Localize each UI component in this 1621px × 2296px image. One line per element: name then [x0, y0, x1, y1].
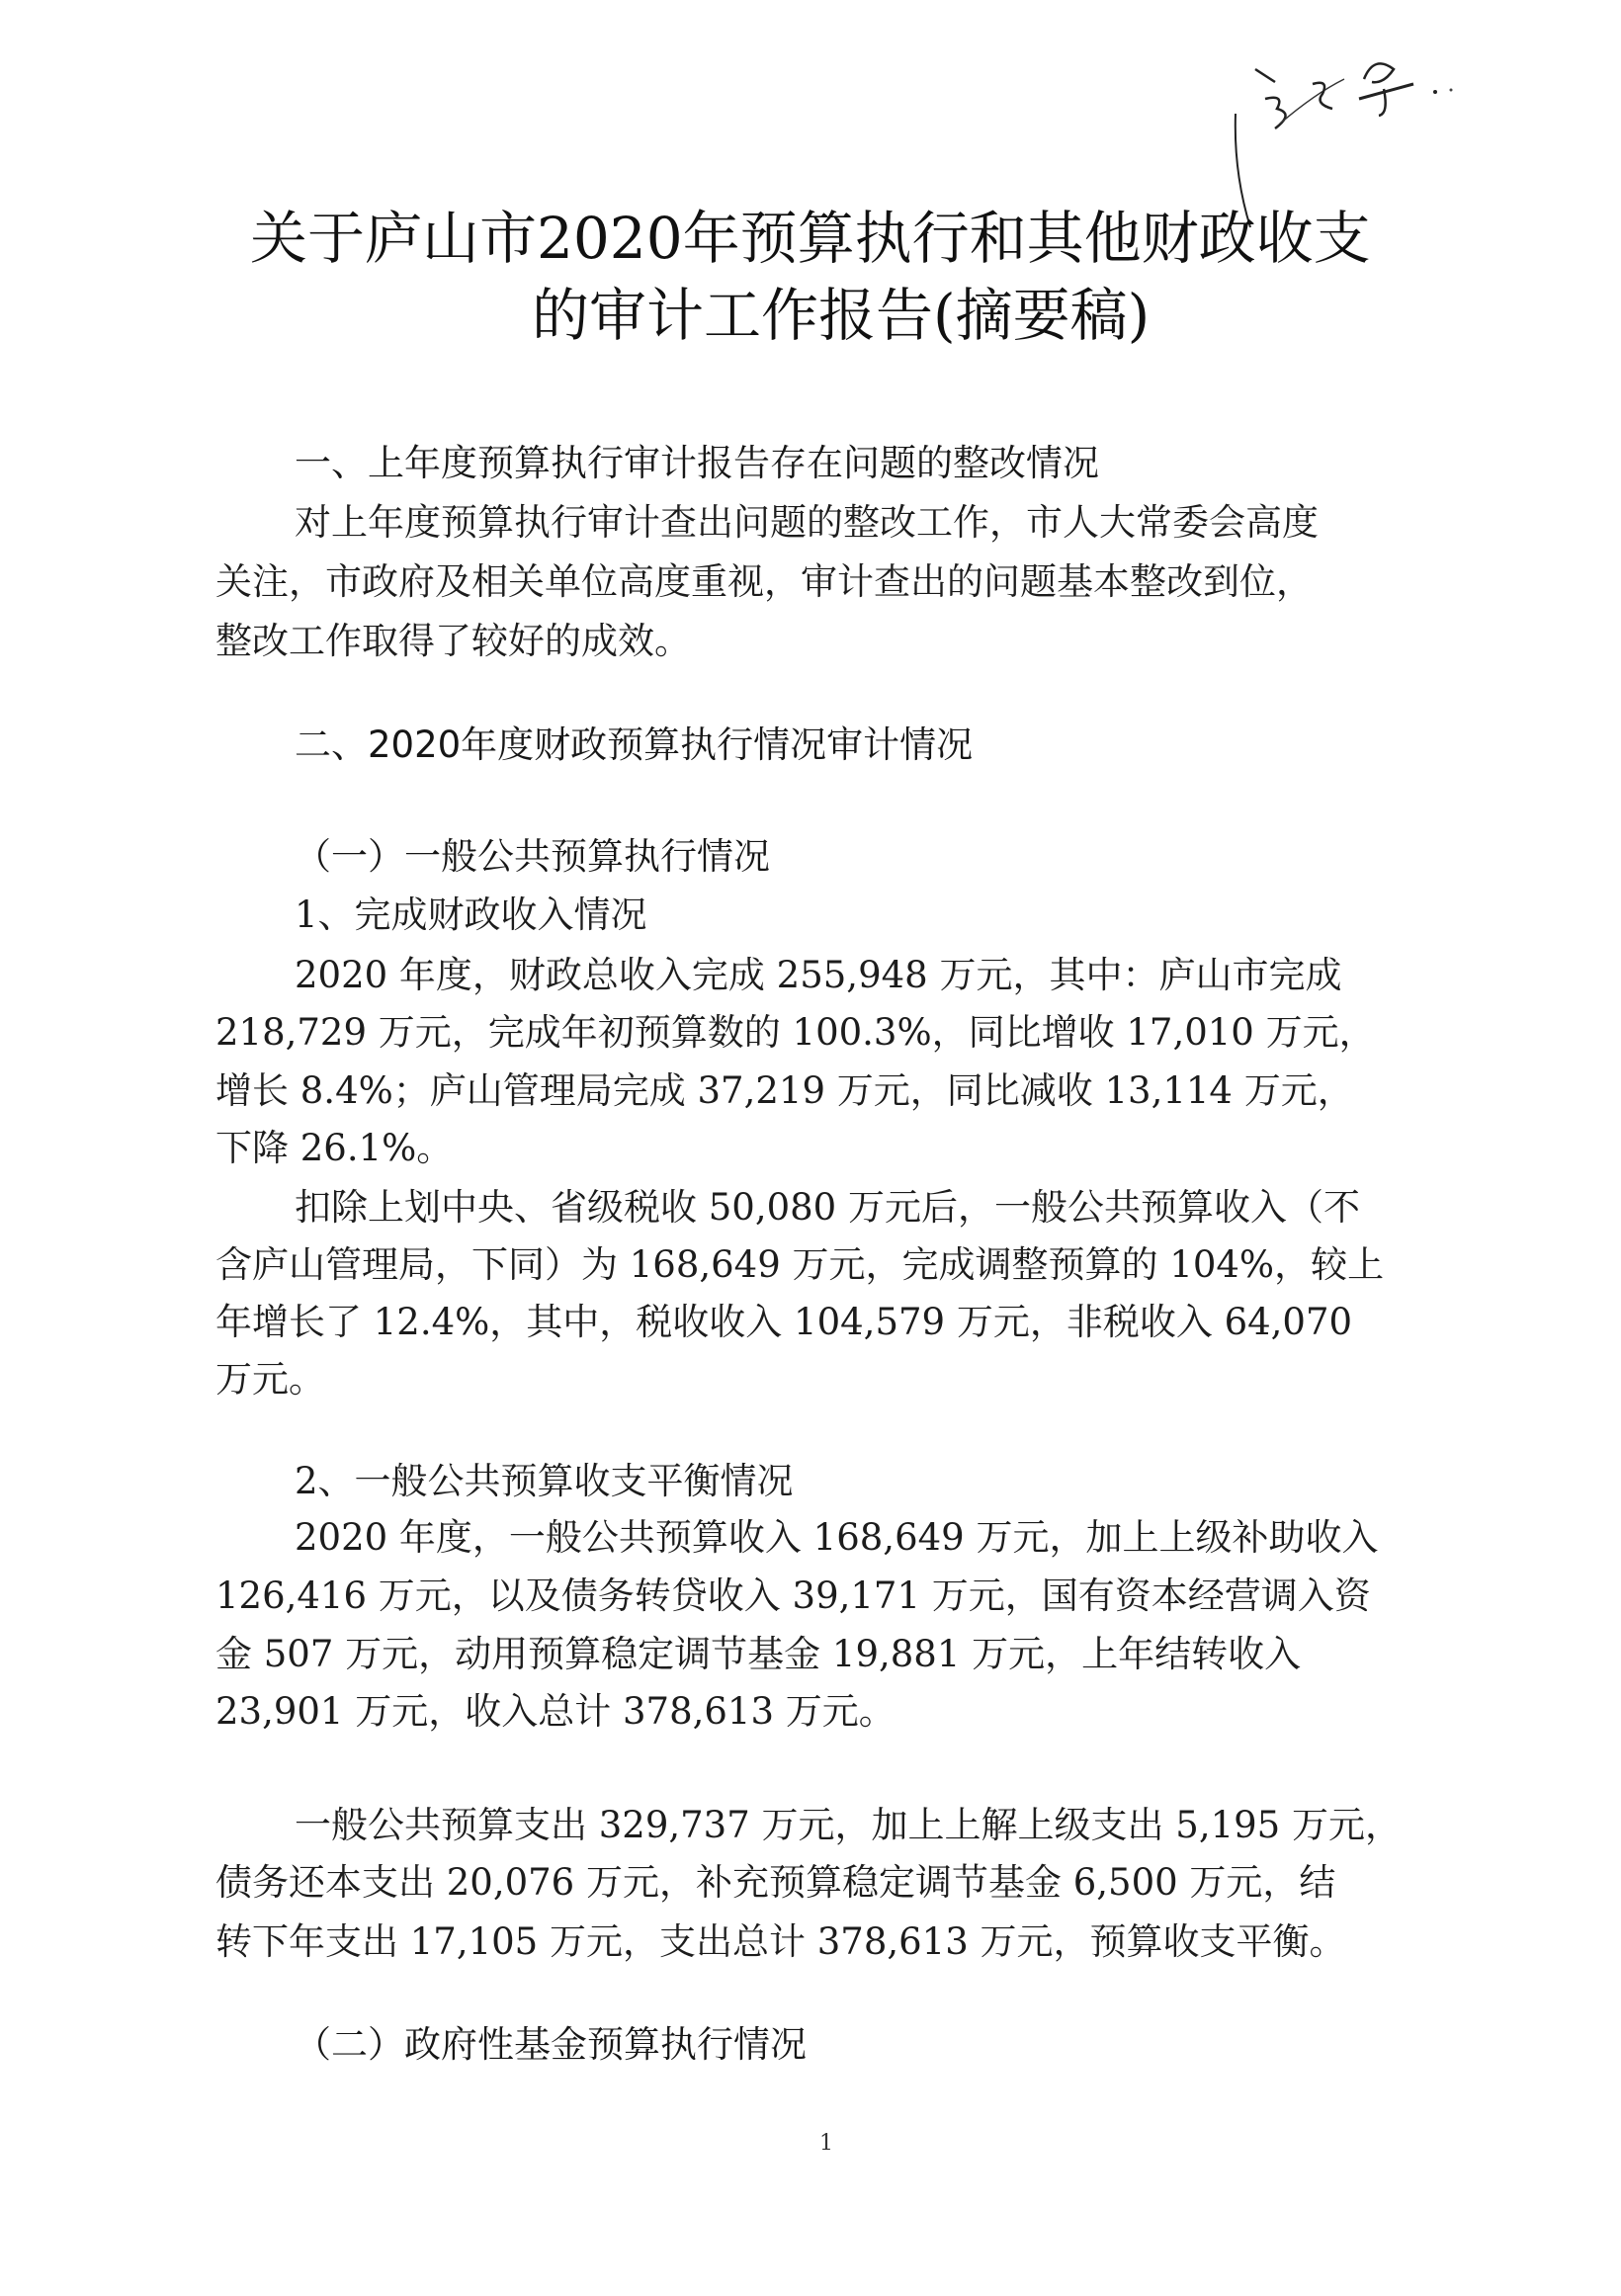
page-number: 1 [819, 2133, 833, 2155]
paragraph-line: 2020 年度，财政总收入完成 255,948 万元，其中：庐山市完成 [295, 957, 1341, 993]
document-page: 关于庐山市2020年预算执行和其他财政收支 的审计工作报告(摘要稿) 一、上年度… [0, 0, 1621, 2296]
paragraph-line: 金 507 万元，动用预算稳定调节基金 19,881 万元，上年结转收入 [215, 1636, 1301, 1672]
paragraph-line: 关注，市政府及相关单位高度重视，审计查出的问题基本整改到位， [215, 563, 1313, 600]
document-title-line-2: 的审计工作报告(摘要稿) [532, 287, 1150, 344]
document-title-line-1: 关于庐山市2020年预算执行和其他财政收支 [250, 210, 1371, 267]
paragraph-line: 218,729 万元，完成年初预算数的 100.3%，同比增收 17,010 万… [215, 1014, 1376, 1051]
paragraph-line: 2020 年度，一般公共预算收入 168,649 万元，加上上级补助收入 [295, 1519, 1378, 1556]
paragraph-line: 万元。 [215, 1361, 325, 1398]
paragraph-line: 23,901 万元，收入总计 378,613 万元。 [215, 1693, 896, 1730]
signature-stroke-icon [1216, 54, 1512, 311]
paragraph-line: 扣除上划中央、省级税收 50,080 万元后，一般公共预算收入（不 [295, 1189, 1360, 1226]
item-2-heading: 2、一般公共预算收支平衡情况 [295, 1463, 794, 1499]
paragraph-line: 126,416 万元，以及债务转贷收入 39,171 万元，国有资本经营调入资 [215, 1577, 1371, 1614]
paragraph-line: 下降 26.1%。 [215, 1130, 453, 1166]
paragraph-line: 转下年支出 17,105 万元，支出总计 378,613 万元，预算收支平衡。 [215, 1923, 1346, 1960]
paragraph-line: 年增长了 12.4%，其中，税收收入 104,579 万元，非税收入 64,07… [215, 1304, 1352, 1340]
handwritten-signature [1216, 54, 1512, 311]
paragraph-line: 债务还本支出 20,076 万元，补充预算稳定调节基金 6,500 万元，结 [215, 1864, 1335, 1901]
subsection-1-heading: （一）一般公共预算执行情况 [295, 838, 770, 875]
paragraph-line: 含庐山管理局，下同）为 168,649 万元，完成调整预算的 104%，较上 [215, 1246, 1384, 1283]
subsection-2-heading: （二）政府性基金预算执行情况 [295, 2026, 807, 2063]
paragraph-line: 整改工作取得了较好的成效。 [215, 623, 691, 659]
paragraph-line: 对上年度预算执行审计查出问题的整改工作，市人大常委会高度 [295, 504, 1319, 541]
section-1-heading: 一、上年度预算执行审计报告存在问题的整改情况 [295, 445, 1099, 481]
item-1-heading: 1、完成财政收入情况 [295, 896, 647, 933]
paragraph-line: 增长 8.4%；庐山管理局完成 37,219 万元，同比减收 13,114 万元… [215, 1072, 1354, 1109]
section-2-heading: 二、2020年度财政预算执行情况审计情况 [295, 726, 973, 763]
paragraph-line: 一般公共预算支出 329,737 万元，加上上解上级支出 5,195 万元， [295, 1807, 1402, 1843]
